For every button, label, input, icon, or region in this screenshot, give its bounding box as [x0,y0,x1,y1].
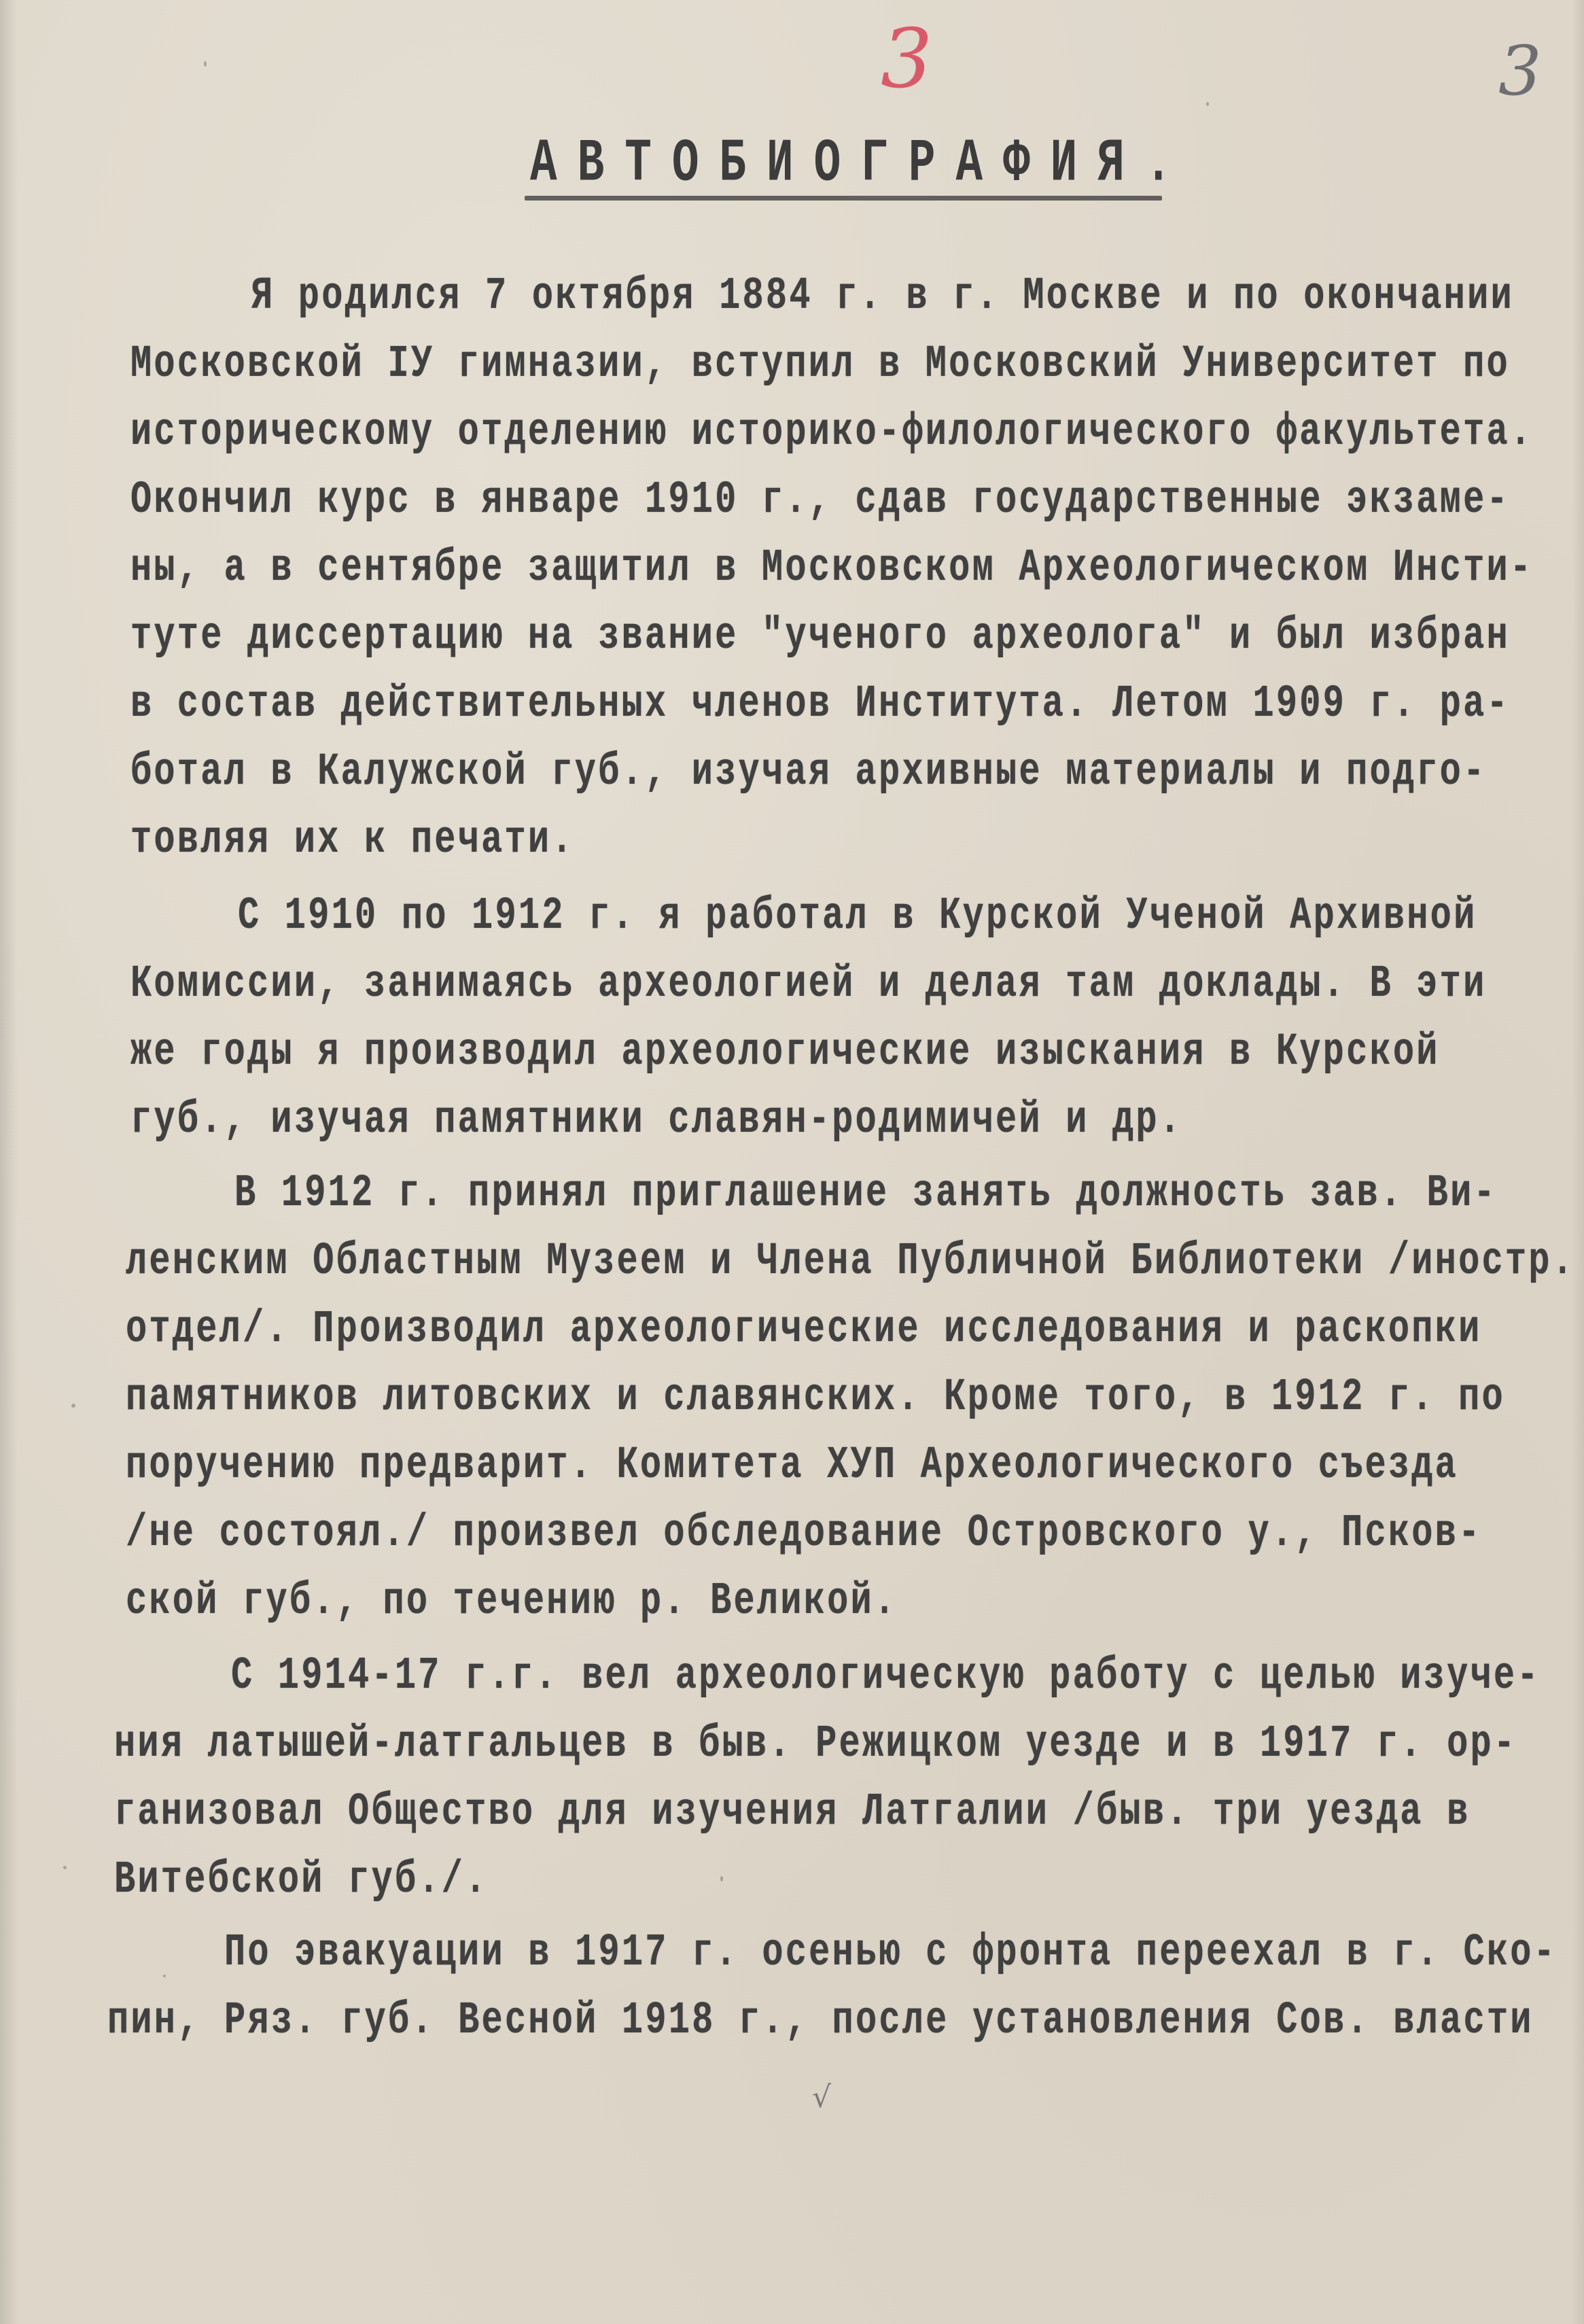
paper-speck [71,1404,75,1408]
document-title: АВТОБИОГРАФИЯ. [530,129,1162,198]
text-line: поручению предварит. Комитета ХУП Археол… [126,1440,1458,1491]
text-line: историческому отделению историко-филолог… [130,406,1533,458]
page-left-edge-shadow [0,0,18,2324]
paper-speck [163,1975,166,1977]
text-line: ской губ., по течению р. Великой. [126,1576,897,1627]
text-line: ганизовал Общество для изучения Латгалии… [114,1786,1471,1838]
title-underline [525,196,1162,201]
text-line: С 1910 по 1912 г. я работал в Курской Уч… [238,890,1477,942]
text-line: ботал в Калужской губ., изучая архивные … [130,746,1487,798]
text-line: Московской IУ гимназии, вступил в Москов… [130,339,1510,390]
text-line: Витебской губ./. [114,1854,488,1906]
text-line: ленским Областным Музеем и Члена Публичн… [126,1236,1575,1287]
text-line: Я родился 7 октября 1884 г. в г. Москве … [251,271,1514,322]
text-line: Комиссии, занимаясь археологией и делая … [130,958,1487,1010]
paper-speck [1206,102,1209,106]
text-line: туте диссертацию на звание "ученого архе… [130,610,1510,662]
text-line: же годы я производил археологические изы… [130,1026,1440,1078]
text-line: С 1914-17 г.г. вел археологическую работ… [231,1650,1541,1702]
folio-number-pencil: 3 [1498,37,1542,105]
text-line: памятников литовских и славянских. Кроме… [126,1372,1505,1423]
page-right-edge-shadow [1572,0,1584,2324]
text-line: отдел/. Производил археологические иссле… [126,1304,1482,1355]
folio-number-red: 3 [881,19,932,101]
paper-speck [204,61,207,67]
text-line: По эвакуации в 1917 г. осенью с фронта п… [224,1927,1557,1979]
text-line: Окончил курс в январе 1910 г., сдав госу… [130,474,1510,526]
paper-speck [63,1866,67,1869]
text-line: В 1912 г. принял приглашение занять долж… [234,1168,1497,1219]
check-mark: √ [812,2080,831,2115]
text-line: ны, а в сентябре защитил в Московском Ар… [130,542,1533,594]
text-line: губ., изучая памятники славян-родимичей … [130,1094,1182,1146]
text-line: в состав действительных членов Института… [130,678,1510,730]
paper-speck [720,1876,723,1881]
text-line: /не состоял./ произвел обследование Остр… [126,1508,1482,1559]
text-line: ния латышей-латгальцев в быв. Режицком у… [114,1718,1517,1770]
text-line: пин, Ряз. губ. Весной 1918 г., после уст… [107,1995,1534,2047]
text-line: товляя их к печати. [130,814,575,866]
